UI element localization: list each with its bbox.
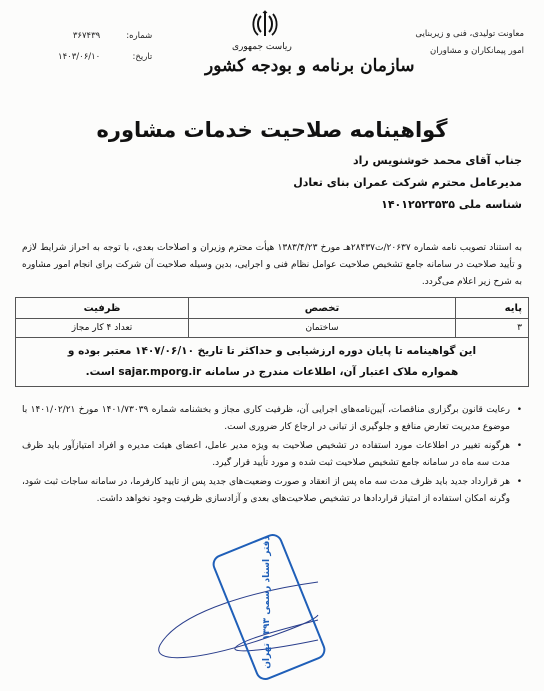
- presidency-label: ریاست جمهوری: [232, 42, 292, 52]
- affairs-line: امور پیمانکاران و مشاوران: [415, 43, 524, 60]
- addressee-company: مدیرعامل محترم شرکت عمران بنای تعادل: [293, 172, 522, 194]
- stamp-text: دفتر اسناد رسمی ۱۳۹۳ تهران: [262, 527, 272, 677]
- header-specialty: تخصص: [189, 298, 456, 319]
- iran-emblem-icon: [252, 10, 278, 38]
- addressee-block: جناب آقای محمد خوشنویس راد مدیرعامل محتر…: [293, 150, 522, 216]
- validity-cell: این گواهینامه تا پایان دوره ارزشیابی و ح…: [16, 338, 529, 387]
- addressee-name: جناب آقای محمد خوشنویس راد: [293, 150, 522, 172]
- letter-number-row: شماره: ۳۶۷۴۳۹: [58, 26, 152, 47]
- header-capacity: ظرفیت: [16, 298, 189, 319]
- validity-row: این گواهینامه تا پایان دوره ارزشیابی و ح…: [16, 338, 529, 387]
- intro-paragraph: به استناد تصویب نامه شماره ۲۰۶۳۷/ت۲۸۴۳۷ه…: [22, 240, 522, 291]
- deputy-line: معاونت تولیدی، فنی و زیربنایی: [415, 26, 524, 43]
- table-row: ۳ ساختمان تعداد ۴ کار مجاز: [16, 319, 529, 338]
- number-label: شماره:: [114, 26, 152, 47]
- notes-list: رعایت قانون برگزاری مناقصات، آیین‌نامه‌ه…: [22, 402, 522, 510]
- validity-line-1: این گواهینامه تا پایان دوره ارزشیابی و ح…: [24, 341, 520, 362]
- header-base: پایه: [456, 298, 529, 319]
- letter-date-row: تاریخ: ۱۴۰۳/۰۶/۱۰: [58, 47, 152, 68]
- organization-name: سازمان برنامه و بودجه کشور: [205, 56, 415, 76]
- note-item: هرگونه تغییر در اطلاعات مورد استفاده در …: [22, 438, 522, 472]
- table-header-row: پایه تخصص ظرفیت: [16, 298, 529, 319]
- number-value: ۳۶۷۴۳۹: [73, 26, 100, 47]
- cell-base: ۳: [456, 319, 529, 338]
- note-item: هر قرارداد جدید باید ظرف مدت سه ماه پس ا…: [22, 474, 522, 508]
- letter-meta: شماره: ۳۶۷۴۳۹ تاریخ: ۱۴۰۳/۰۶/۱۰: [58, 26, 152, 68]
- note-item: رعایت قانون برگزاری مناقصات، آیین‌نامه‌ه…: [22, 402, 522, 436]
- date-value: ۱۴۰۳/۰۶/۱۰: [58, 47, 100, 68]
- qualification-table: پایه تخصص ظرفیت ۳ ساختمان تعداد ۴ کار مج…: [15, 297, 529, 387]
- department-header: معاونت تولیدی، فنی و زیربنایی امور پیمان…: [415, 26, 524, 60]
- certificate-page: معاونت تولیدی، فنی و زیربنایی امور پیمان…: [0, 0, 544, 691]
- cell-capacity: تعداد ۴ کار مجاز: [16, 319, 189, 338]
- date-label: تاریخ:: [114, 47, 152, 68]
- validity-line-2: همواره ملاک اعتبار آن، اطلاعات مندرج در …: [24, 362, 520, 383]
- document-title: گواهینامه صلاحیت خدمات مشاوره: [0, 118, 544, 142]
- national-id: شناسه ملی ۱۴۰۱۲۵۲۳۵۳۵: [293, 194, 522, 216]
- cell-specialty: ساختمان: [189, 319, 456, 338]
